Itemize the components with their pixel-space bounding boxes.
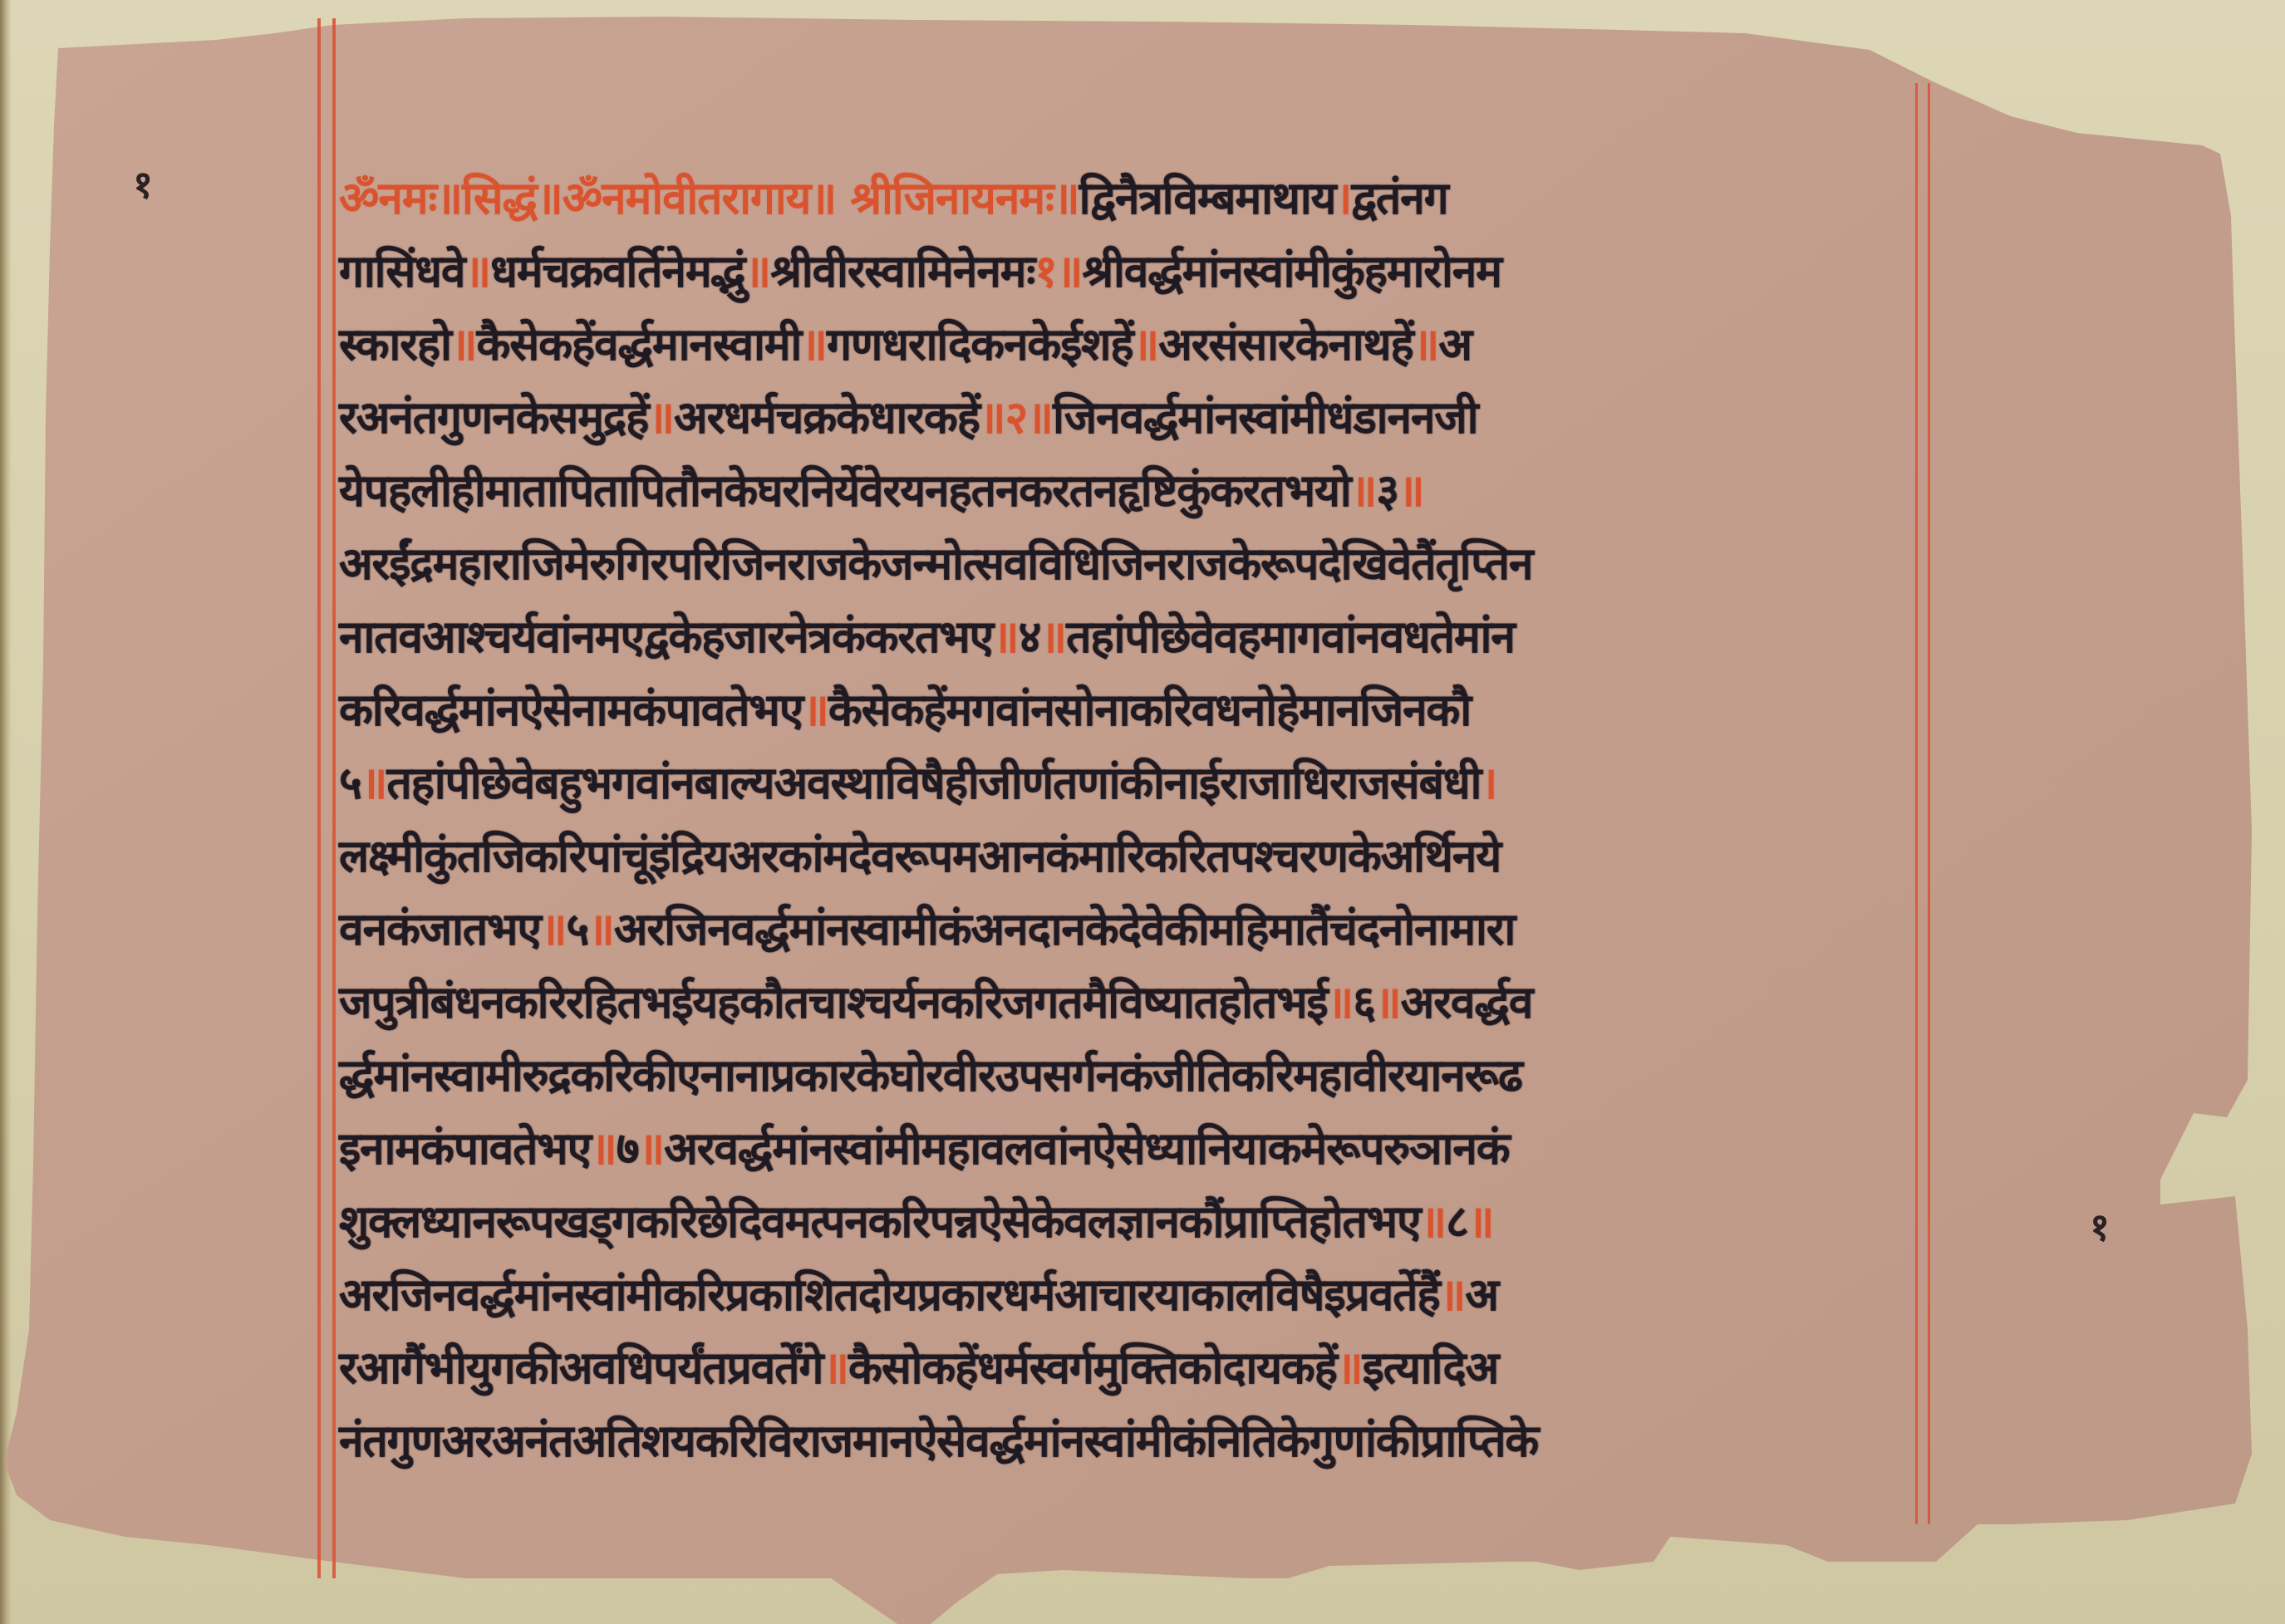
text-segment: र्द्धमांनस्वामीरुद्रकरिकीएनानाप्रकारकेघो…	[339, 1053, 1522, 1098]
rubric-segment: ॥	[1337, 1346, 1363, 1391]
manuscript-line: जपुत्रीबंधनकरिरहितभईयहकौतचाश्चर्यनकरिजगत…	[339, 952, 1918, 1025]
text-segment: अरवर्द्धमांनस्वांमीमहावलवांनऐसेध्यानियाक…	[664, 1126, 1509, 1171]
text-segment: ८	[1446, 1200, 1468, 1244]
rubric-segment: १॥	[1034, 249, 1082, 294]
text-segment: अरजिनवर्द्धमांनस्वांमीकरिप्रकाशितदोयप्रक…	[339, 1273, 1440, 1317]
left-margin-rule-outer	[317, 18, 321, 1578]
rubric-segment: ॥	[1351, 469, 1377, 513]
text-segment: ३	[1376, 469, 1398, 513]
rubric-segment: ॥	[1440, 1273, 1466, 1317]
folio-number-left: १	[133, 158, 153, 209]
manuscript-line: येपहलीहीमातापितापितौनकेघरनिर्येवेरयनहतनक…	[339, 440, 1918, 513]
text-segment: स्कारहो	[339, 322, 451, 367]
text-segment: ५	[566, 907, 588, 952]
text-segment: जपुत्रीबंधनकरिरहितभईयहकौतचाश्चर्यनकरिजगत…	[339, 980, 1327, 1025]
text-segment: तहांपीछेवेबहुभगवांनबाल्यअवस्थाविषैहीजीर्…	[386, 761, 1481, 806]
text-segment: रआगैंभीयुगकीअवधिपर्यंतप्रवर्तेंगे	[339, 1346, 823, 1391]
text-segment: करिवर्द्धमांनऐसेनामकंपावतेभए	[339, 688, 803, 733]
text-segment: शुक्लध्यानरूपखड्गकरिछेदिवमत्पनकरिपन्नऐसे…	[339, 1200, 1420, 1244]
text-segment: नंतगुणअरअनंतअतिशयकरिविराजमानऐसेवर्द्धमां…	[339, 1419, 1538, 1464]
manuscript-line: शुक्लध्यानरूपखड्गकरिछेदिवमत्पनकरिपन्नऐसे…	[339, 1171, 1918, 1244]
text-segment: इनामकंपावतेभए	[339, 1126, 591, 1171]
manuscript-line: ॐनमः॥सिद्धं॥ॐनमोवीतरागाय॥ श्रीजिनायनमः॥ …	[339, 148, 1918, 221]
manuscript-line: अरईंद्रमहाराजिमेरुगिरपरिजिनराजकेजन्मोत्स…	[339, 513, 1918, 586]
manuscript-line: करिवर्द्धमांनऐसेनामकंपावतेभए॥कैसेकहेंमगव…	[339, 660, 1918, 733]
text-segment: ४	[1019, 615, 1041, 660]
text-segment: अरधर्मचक्रकेधारकहें	[674, 395, 980, 440]
rubric-segment: ।	[1481, 761, 1496, 806]
text-segment: श्रीवीरस्वामिनेनमः	[770, 249, 1034, 294]
rubric-segment: ॥	[993, 615, 1019, 660]
text-segment: अरजिनवर्द्धमांनस्वामीकंअनदानकेदेवेकीमहिम…	[614, 907, 1515, 952]
rubric-segment: ॐनमः॥सिद्धं॥ॐनमोवीतरागाय॥ श्रीजिनायनमः॥	[339, 176, 1079, 221]
text-segment: येपहलीहीमातापितापितौनकेघरनिर्येवेरयनहतनक…	[339, 469, 1351, 513]
text-segment: गासिंधवे	[339, 249, 464, 294]
text-segment: धर्मचक्रवर्तिनेमद्भुं	[490, 249, 744, 294]
text-segment: अरसंसारकेनाथहें	[1158, 322, 1413, 367]
text-segment: कैसोकहेंधर्मस्वर्गमुक्तिकोदायकहें	[848, 1346, 1337, 1391]
rubric-segment: ॥	[1375, 980, 1401, 1025]
manuscript-line: स्कारहो॥कैसेकहेंवर्द्धमानस्वामी॥गणधरादिक…	[339, 294, 1918, 367]
text-segment: अ	[1438, 322, 1472, 367]
manuscript-line: अरजिनवर्द्धमांनस्वांमीकरिप्रकाशितदोयप्रक…	[339, 1244, 1918, 1317]
text-segment: नातवआश्चर्यवांनमएद्वकेहजारनेत्रकंकरतभए	[339, 615, 993, 660]
text-segment: कैसेकहेंवर्द्धमानस्वामी	[477, 322, 802, 367]
rubric-segment: ॥२॥	[980, 395, 1053, 440]
text-segment: अरवर्द्धव	[1401, 980, 1533, 1025]
manuscript-line: रआगैंभीयुगकीअवधिपर्यंतप्रवर्तेंगे॥कैसोकह…	[339, 1317, 1918, 1391]
manuscript-line: ५॥तहांपीछेवेबहुभगवांनबाल्यअवस्थाविषैहीजी…	[339, 733, 1918, 806]
rubric-segment: ॥	[1327, 980, 1353, 1025]
text-segment: गणधरादिकनकेईशहें	[827, 322, 1133, 367]
text-segment: द्वतंनग	[1351, 176, 1447, 221]
rubric-segment: ॥	[591, 1126, 617, 1171]
rubric-segment: ॥	[1413, 322, 1439, 367]
rubric-segment: ॥	[361, 761, 387, 806]
rubric-segment: ॥	[1398, 469, 1424, 513]
text-segment: ६	[1353, 980, 1375, 1025]
rubric-segment: ॥	[823, 1346, 848, 1391]
text-segment: ५	[339, 761, 361, 806]
rubric-segment: ॥	[744, 249, 770, 294]
text-segment: कैसेकहेंमगवांनसोनाकरिवधनोहेमानजिनकौ	[828, 688, 1471, 733]
folio-number-right: १	[2090, 1200, 2110, 1252]
text-segment: तहांपीछेवेवहमागवांनवधतेमांन	[1066, 615, 1515, 660]
manuscript-line: नातवआश्चर्यवांनमएद्वकेहजारनेत्रकंकरतभए॥४…	[339, 586, 1918, 660]
rubric-segment: ॥	[1468, 1200, 1494, 1244]
text-segment: द्विनैत्रविम्बमाथाय	[1079, 176, 1336, 221]
text-segment: लक्ष्मीकुंतजिकरिपांचूंइंद्रियअरकांमदेवरू…	[339, 834, 1501, 879]
text-segment: ७	[617, 1126, 639, 1171]
text-segment: वनकंजातभए	[339, 907, 541, 952]
manuscript-line: लक्ष्मीकुंतजिकरिपांचूंइंद्रियअरकांमदेवरू…	[339, 806, 1918, 879]
manuscript-line: वनकंजातभए॥५॥अरजिनवर्द्धमांनस्वामीकंअनदान…	[339, 879, 1918, 952]
manuscript-line: र्द्धमांनस्वामीरुद्रकरिकीएनानाप्रकारकेघो…	[339, 1025, 1918, 1098]
rubric-segment: ॥	[803, 688, 828, 733]
rubric-segment: ॥	[1133, 322, 1158, 367]
rubric-segment: ॥	[1420, 1200, 1446, 1244]
rubric-segment: ॥	[648, 395, 674, 440]
text-segment: श्रीवर्द्धमांनस्वांमीकुंहमारोनम	[1082, 249, 1501, 294]
rubric-segment: ॥	[638, 1126, 664, 1171]
rubric-segment: ॥	[1040, 615, 1066, 660]
rubric-segment: ॥	[588, 907, 614, 952]
manuscript-line: गासिंधवे॥धर्मचक्रवर्तिनेमद्भुं॥श्रीवीरस्…	[339, 221, 1918, 294]
left-margin-rule-inner	[332, 18, 336, 1578]
rubric-segment: ।	[1335, 176, 1351, 221]
rubric-segment: ॥	[451, 322, 477, 367]
text-segment: इत्यादिअ	[1363, 1346, 1498, 1391]
text-segment: अरईंद्रमहाराजिमेरुगिरपरिजिनराजकेजन्मोत्स…	[339, 542, 1532, 586]
rubric-segment: ॥	[541, 907, 567, 952]
manuscript-line: रअनंतगुणनकेसमुद्रहें॥अरधर्मचक्रकेधारकहें…	[339, 367, 1918, 440]
manuscript-line: नंतगुणअरअनंतअतिशयकरिविराजमानऐसेवर्द्धमां…	[339, 1391, 1918, 1464]
text-segment: जिनवर्द्धमांनस्वांमीधंडाननजी	[1053, 395, 1477, 440]
rubric-segment: ॥	[464, 249, 490, 294]
manuscript-folio: १ १ ॐनमः॥सिद्धं॥ॐनमोवीतरागाय॥ श्रीजिनायन…	[0, 0, 2285, 1624]
text-segment: रअनंतगुणनकेसमुद्रहें	[339, 395, 648, 440]
text-segment: अ	[1465, 1273, 1498, 1317]
manuscript-line: इनामकंपावतेभए॥७॥अरवर्द्धमांनस्वांमीमहावल…	[339, 1098, 1918, 1171]
rubric-segment: ॥	[801, 322, 827, 367]
manuscript-text-block: ॐनमः॥सिद्धं॥ॐनमोवीतरागाय॥ श्रीजिनायनमः॥ …	[339, 148, 1947, 1464]
